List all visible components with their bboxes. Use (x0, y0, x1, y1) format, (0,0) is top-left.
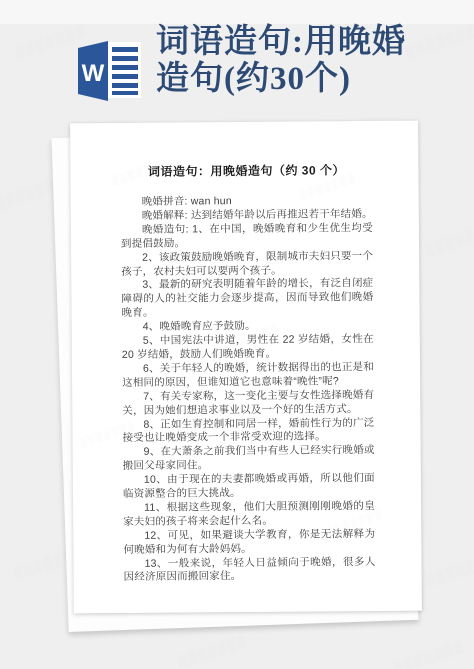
paragraph-sentence-11: 11、根据这些现象，他们大胆预测刚刚晚婚的皇家夫妇的孩子将来会起什么名。 (123, 500, 375, 530)
watermark-stamp: ▒▒▒▒▒▒▒ (176, 633, 250, 669)
document-content: 词语造句：用晚婚造句（约 30 个） 晚婚拼音: wan hun 晚婚解释: 达… (120, 161, 375, 583)
document-title: 词语造句：用晚婚造句（约 30 个） (120, 161, 372, 180)
page-title-line2: 造句(约30个) (156, 61, 416, 98)
page-title: 词语造句:用晚婚 造句(约30个) (156, 24, 416, 98)
paragraph-sentence-6: 6、关于年轻人的晚婚，统计数据得出的也正是和这相同的原因，但谁知道它也意味着“晚… (122, 361, 374, 391)
paragraph-sentence-13: 13、一般来说，年轻人日益倾向于晚婚，很多人因经济原因而搬回家住。 (123, 556, 375, 583)
document-page: ▒▒▒▒▒▒▒ ▒▒▒▒▒▒▒ ▒▒▒▒▒▒▒ ▒▒▒▒▒▒▒ ▒▒▒▒▒▒▒ … (70, 121, 422, 614)
word-logo-graphic: W (76, 40, 146, 102)
paragraph-sentence-10: 10、由于现在的夫妻都晚婚或再婚，所以他们面临资源整合的巨大挑战。 (123, 472, 375, 502)
paragraph-sentence-12: 12、可见，如果避谈大学教育，你是无法解释为何晚婚和为何有大龄妈妈。 (123, 528, 375, 558)
word-icon: W (76, 40, 146, 102)
watermark-stamp: ▒▒▒▒▒▒▒ (414, 555, 474, 591)
watermark-stamp: ▒▒▒▒▒▒▒ (424, 221, 474, 257)
paragraph-sentence-8: 8、正如生育控制和同居一样，婚前性行为的广泛接受也让晚婚变成一个非常受欢迎的选择… (122, 416, 374, 446)
paragraph-sentence-5: 5、中国宪法中讲道，男性在 22 岁结婚，女性在 20 岁结婚，鼓励人们晚婚晚育… (122, 333, 374, 363)
svg-text:W: W (82, 60, 105, 87)
watermark-stamp: ▒▒▒▒▒▒▒ (392, 639, 466, 669)
paragraph-sentence-9: 9、在大萧条之前我们当中有些人已经实行晚婚或搬回父母家同住。 (123, 444, 375, 474)
paragraph-sentence-1: 晚婚造句: 1、在中国，晚婚晚育和少生优生均受到提倡鼓励。 (121, 222, 373, 252)
paragraph-sentence-7: 7、有关专家称，这一变化主要与女性选择晚婚有关，因为她们想追求事业以及一个好的生… (122, 389, 374, 419)
page-title-line1: 词语造句:用晚婚 (156, 24, 416, 61)
paragraph-sentence-3: 3、最新的研究表明随着年龄的增长，有泛自闭症障碍的人的社交能力会逐步提高，因而导… (121, 277, 373, 321)
paragraph-sentence-2: 2、该政策鼓励晚婚晚育，限制城市夫妇只要一个孩子，农村夫妇可以要两个孩子。 (121, 250, 373, 280)
header: W 词语造句:用晚婚 造句(约30个) (0, 0, 474, 120)
